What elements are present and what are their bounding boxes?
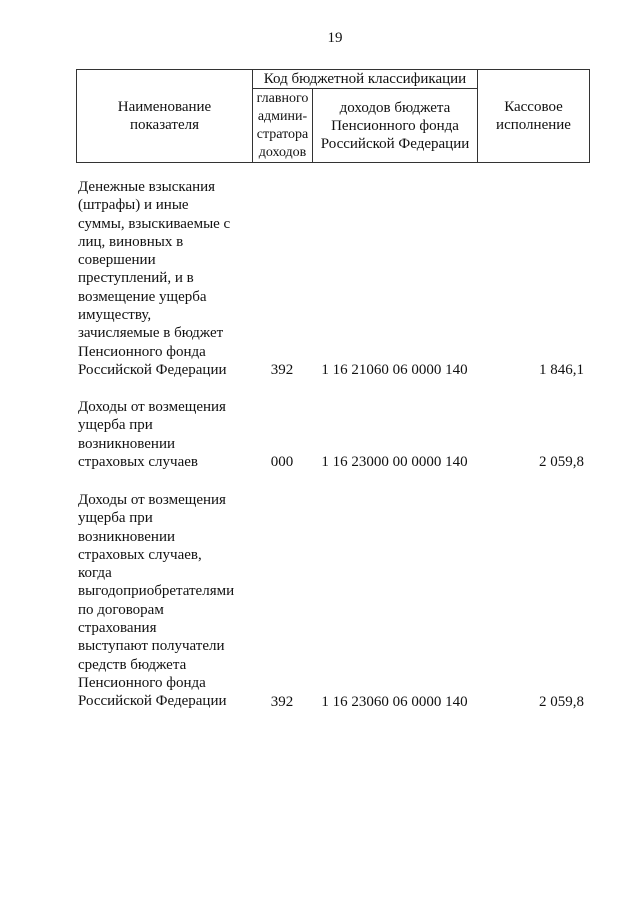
row-name-line: возмещение ущерба xyxy=(78,288,253,306)
row-name-line: страховых случаев xyxy=(78,453,253,471)
row-admin-code: 392 xyxy=(252,361,312,379)
header-admin-line: главного xyxy=(257,90,309,108)
row-name-line: зачисляемые в бюджет xyxy=(78,324,253,342)
row-amount: 2 059,8 xyxy=(474,453,584,471)
header-income-cell: доходов бюджета Пенсионного фонда Россий… xyxy=(313,89,477,162)
row-name: Доходы от возмещения ущерба при возникно… xyxy=(78,491,253,711)
row-name-line: (штрафы) и иные xyxy=(78,196,253,214)
row-name-line: лиц, виновных в xyxy=(78,233,253,251)
row-name-line: совершении xyxy=(78,251,253,269)
row-name: Денежные взыскания (штрафы) и иные суммы… xyxy=(78,178,253,379)
header-income-line: Пенсионного фонда xyxy=(331,117,459,135)
row-name: Доходы от возмещения ущерба при возникно… xyxy=(78,398,253,471)
row-name-line: возникновении xyxy=(78,528,253,546)
table-header: Наименование показателя Код бюджетной кл… xyxy=(76,69,590,163)
row-name-line: Денежные взыскания xyxy=(78,178,253,196)
header-admin-line: стратора xyxy=(257,126,309,144)
header-admin-line: админи- xyxy=(258,108,307,126)
header-amount-line: Кассовое xyxy=(504,98,563,116)
header-name-line: Наименование xyxy=(118,98,211,116)
header-amount-cell: Кассовое исполнение xyxy=(478,70,589,162)
row-name-line: Доходы от возмещения xyxy=(78,398,253,416)
row-income-code: 1 16 21060 06 0000 140 xyxy=(312,361,477,379)
row-name-line: страхования xyxy=(78,619,253,637)
row-name-line: ущерба при xyxy=(78,416,253,434)
header-name-line: показателя xyxy=(130,116,199,134)
header-admin-line: доходов xyxy=(259,144,307,162)
row-name-line: выступают получатели xyxy=(78,637,253,655)
header-amount-line: исполнение xyxy=(496,116,571,134)
row-name-line: когда xyxy=(78,564,253,582)
row-name-line: ущерба при xyxy=(78,509,253,527)
row-name-line: преступлений, и в xyxy=(78,269,253,287)
row-name-line: Доходы от возмещения xyxy=(78,491,253,509)
row-income-code: 1 16 23000 00 0000 140 xyxy=(312,453,477,471)
row-name-line: суммы, взыскиваемые с xyxy=(78,215,253,233)
row-name-line: Российской Федерации xyxy=(78,361,253,379)
row-name-line: имуществу, xyxy=(78,306,253,324)
row-admin-code: 000 xyxy=(252,453,312,471)
header-name-cell: Наименование показателя xyxy=(77,70,252,162)
header-code-group-label: Код бюджетной классификации xyxy=(264,70,466,88)
row-name-line: страховых случаев, xyxy=(78,546,253,564)
row-name-line: возникновении xyxy=(78,435,253,453)
row-amount: 1 846,1 xyxy=(474,361,584,379)
row-name-line: Пенсионного фонда xyxy=(78,674,253,692)
row-admin-code: 392 xyxy=(252,693,312,711)
header-income-line: доходов бюджета xyxy=(340,99,451,117)
header-code-group-cell: Код бюджетной классификации xyxy=(253,70,477,88)
header-admin-cell: главного админи- стратора доходов xyxy=(253,89,312,162)
row-name-line: Российской Федерации xyxy=(78,692,253,710)
row-amount: 2 059,8 xyxy=(474,693,584,711)
header-income-line: Российской Федерации xyxy=(321,135,470,153)
row-income-code: 1 16 23060 06 0000 140 xyxy=(312,693,477,711)
page-number: 19 xyxy=(0,30,640,47)
row-name-line: средств бюджета xyxy=(78,656,253,674)
row-name-line: по договорам xyxy=(78,601,253,619)
row-name-line: Пенсионного фонда xyxy=(78,343,253,361)
row-name-line: выгодоприобретателями xyxy=(78,582,253,600)
